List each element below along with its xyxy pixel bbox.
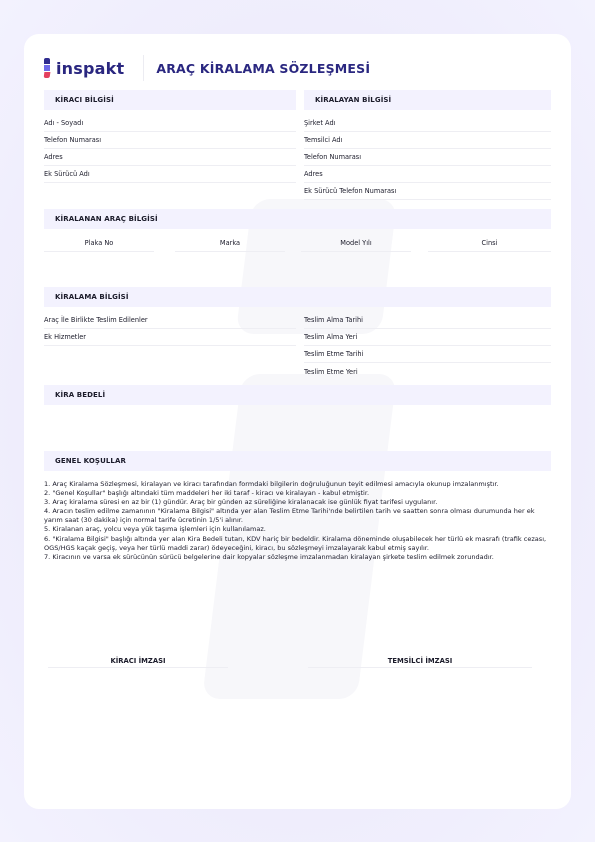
signature-tenant[interactable]: KİRACI İMZASI [48,654,228,668]
field-vehicle-type[interactable]: Cinsi [428,235,551,252]
signature-label: KİRACI İMZASI [110,657,165,665]
field-plate-no[interactable]: Plaka No [44,235,154,252]
field-brand[interactable]: Marka [175,235,285,252]
page-header: inspakt ARAÇ KİRALAMA SÖZLEŞMESİ [44,56,370,80]
term-item: 5. Kiralanan araç, yolcu veya yük taşıma… [44,525,549,534]
field-items-delivered-with-vehicle[interactable]: Araç İle Birlikte Teslim Edilenler [44,312,296,329]
field-label: Model Yılı [340,239,371,247]
terms-list: 1. Araç Kiralama Sözleşmesi, kiralayan v… [44,480,549,562]
field-additional-driver-phone[interactable]: Ek Sürücü Telefon Numarası [304,183,551,200]
term-item: 3. Araç kiralama süresi en az bir (1) gü… [44,498,549,507]
field-label: Temsilci Adı [304,136,342,144]
field-label: Teslim Alma Tarihi [304,316,363,324]
field-return-location[interactable]: Teslim Etme Yeri [304,363,551,380]
term-item: 6. "Kiralama Bilgisi" başlığı altında ye… [44,535,549,553]
field-label: Ek Sürücü Adı [44,170,90,178]
signature-label: TEMSİLCİ İMZASI [388,657,453,665]
section-title: KİRA BEDELİ [55,391,105,399]
section-lessor-info: KİRALAYAN BİLGİSİ [304,90,551,110]
field-label: Adı - Soyadı [44,119,83,127]
field-additional-driver-name[interactable]: Ek Sürücü Adı [44,166,296,183]
field-label: Adres [44,153,63,161]
logo-mark-icon [44,58,51,79]
field-label: Ek Sürücü Telefon Numarası [304,187,396,195]
section-title: KİRALAMA BİLGİSİ [55,293,129,301]
field-label: Araç İle Birlikte Teslim Edilenler [44,316,148,324]
field-label: Telefon Numarası [44,136,101,144]
document-title: ARAÇ KİRALAMA SÖZLEŞMESİ [156,61,370,76]
section-tenant-info: KİRACI BİLGİSİ [44,90,296,110]
field-label: Plaka No [85,239,114,247]
term-item: 1. Araç Kiralama Sözleşmesi, kiralayan v… [44,480,549,489]
section-title: GENEL KOŞULLAR [55,457,126,465]
field-lessor-phone[interactable]: Telefon Numarası [304,149,551,166]
field-label: Teslim Alma Yeri [304,333,357,341]
term-item: 2. "Genel Koşullar" başlığı altındaki tü… [44,489,549,498]
field-label: Teslim Etme Tarihi [304,350,363,358]
signature-representative[interactable]: TEMSİLCİ İMZASI [308,654,532,668]
field-label: Adres [304,170,323,178]
field-label: Şirket Adı [304,119,335,127]
section-general-terms: GENEL KOŞULLAR [44,451,551,471]
field-label: Ek Hizmetler [44,333,86,341]
brand-logo: inspakt [44,58,124,79]
section-vehicle-info: KİRALANAN ARAÇ BİLGİSİ [44,209,551,229]
brand-name: inspakt [56,59,124,78]
field-tenant-address[interactable]: Adres [44,149,296,166]
field-pickup-date[interactable]: Teslim Alma Tarihi [304,312,551,329]
field-label: Marka [220,239,240,247]
section-title: KİRALAYAN BİLGİSİ [315,96,391,104]
field-label: Teslim Etme Yeri [304,368,358,376]
field-pickup-location[interactable]: Teslim Alma Yeri [304,329,551,346]
field-representative-name[interactable]: Temsilci Adı [304,132,551,149]
field-label: Telefon Numarası [304,153,361,161]
field-label: Cinsi [482,239,498,247]
field-model-year[interactable]: Model Yılı [301,235,411,252]
term-item: 7. Kiracının ve varsa ek sürücünün sürüc… [44,553,549,562]
section-title: KİRACI BİLGİSİ [55,96,114,104]
section-rental-info: KİRALAMA BİLGİSİ [44,287,551,307]
field-tenant-name[interactable]: Adı - Soyadı [44,115,296,132]
field-extra-services[interactable]: Ek Hizmetler [44,329,296,346]
section-rental-fee: KİRA BEDELİ [44,385,551,405]
field-return-date[interactable]: Teslim Etme Tarihi [304,346,551,363]
term-item: 4. Aracın teslim edilme zamanının "Kiral… [44,507,549,525]
field-lessor-address[interactable]: Adres [304,166,551,183]
field-company-name[interactable]: Şirket Adı [304,115,551,132]
header-divider [143,55,144,81]
section-title: KİRALANAN ARAÇ BİLGİSİ [55,215,158,223]
contract-page: inspakt ARAÇ KİRALAMA SÖZLEŞMESİ KİRACI … [24,34,571,809]
field-tenant-phone[interactable]: Telefon Numarası [44,132,296,149]
